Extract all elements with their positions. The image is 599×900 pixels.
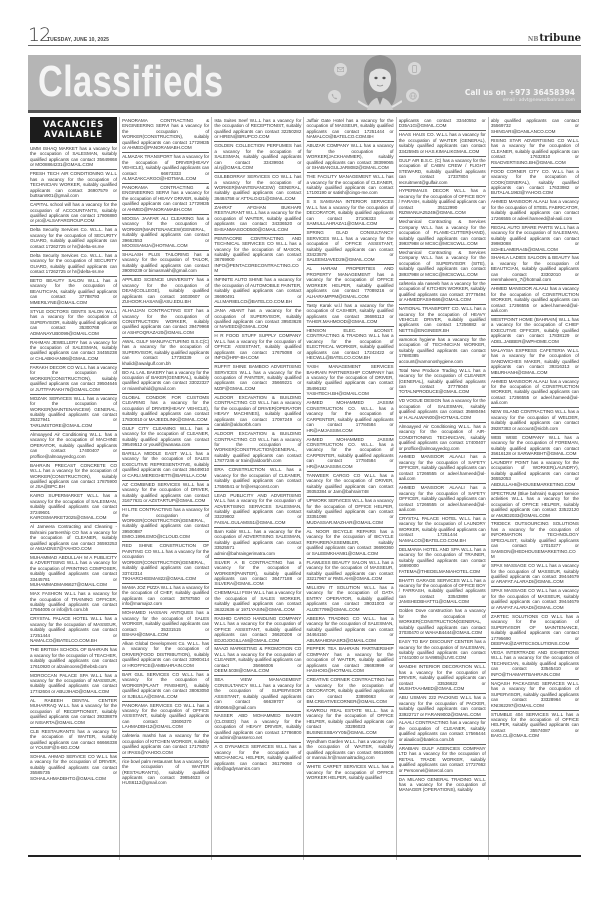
classified-ad: ZAHRAT AFGHAN BUKHARI RESTAURANT W.L.L h… [214, 204, 301, 235]
classified-ad: vamonos hygiene has a vacancy for the oc… [399, 336, 486, 367]
publication-logo: NBtribune [528, 33, 581, 44]
classified-ad: AZ COMBINED SERVICES W.L.L has a vacancy… [122, 481, 209, 506]
classified-ad: FARAKH DECOR CO W.L.L has a vacancy for … [30, 364, 117, 395]
classified-ad: ALDOOR EXCAVATION & BUILDING CONTRACTING… [214, 430, 301, 466]
classified-ad: HYPERMAUS DECOR W.L.L has a vacancy for … [399, 187, 486, 218]
classified-ad: NAQASH PACKAGING SERVICES W.L.L has a va… [491, 680, 579, 711]
classified-ad: SPECTRUM (Blue bahrain) support service … [491, 490, 579, 521]
brand-name: tribune [539, 33, 581, 44]
classified-ad: rice bowl palm restaurant has a vacancy … [122, 758, 209, 788]
classified-ad: cafeteria ala naseeb has a vacancy for t… [399, 280, 486, 305]
classified-ad: Al Jameera Contracting and Cleaning - Ba… [30, 523, 117, 554]
classified-ad: PANORAMA CONTRACTING & ENGINEERING SERVI… [122, 184, 209, 215]
mascot-illustration [358, 55, 402, 113]
classified-ad: ZARTEC SOLUTIONS CO W.L.L has a vacancy … [491, 613, 579, 649]
classified-ad: ABEERA TRADING CO W.L.L. has a vacancy f… [307, 615, 394, 646]
classified-ad: MAX FASHION W.L.L has a vacancy for the … [30, 590, 117, 615]
ad-list: ably qualified applicants can contact 35… [491, 117, 579, 740]
classified-ad: CLB RESTAURANTS has a vacancy for the oc… [30, 728, 117, 753]
classified-ad: ALDOOR EXCAVATION & BUILDING CONTRACTING… [214, 394, 301, 430]
classified-ad: MAMA JOZ PIZZA W.L.L has a vacancy for t… [122, 584, 209, 609]
column-1: VACANCIES AVAILABLE UMM ISHAQ MARKET has… [28, 117, 120, 860]
classified-ad: PENTACORE CONTRACTING AND TECHNICAL SERV… [214, 235, 301, 277]
classified-ad: CHEMMALLI FISH W.L.L has a vacancy for t… [214, 589, 301, 614]
classified-ad: Mechanical Contracting & Services Compan… [399, 218, 486, 249]
classified-ad: MOHAMED HASSAN ANTIQUES has a vacancy fo… [122, 609, 209, 640]
classified-ad: ALHAJJAN CONTRACTING EST has a vacancy f… [122, 307, 209, 338]
classified-ad: FRESH TECH AIR CONDITIONING W.L.L has a … [30, 170, 117, 201]
classified-ad: KAIRO SUPERMARKET W.L.L has a vacancy fo… [30, 492, 117, 523]
classified-ad: Delta Security Services Co. W.L.L. has a… [30, 252, 117, 277]
classified-ad: DELMANIA HOTEL AND SPA W.L.L has a vacan… [399, 546, 486, 577]
classified-ad: VD VOGUE DESIGN has a vacancy for the oc… [399, 397, 486, 422]
classified-ad: A G DYNAMICS SERVICES W.L.L has a vacanc… [214, 743, 301, 773]
classified-ad: SPAX MASSAGE CO W.L.L has a vacancy for … [491, 587, 579, 612]
classified-ad: APPLIED SCIENCE UNIVERSITY has a vacancy… [122, 276, 209, 307]
classified-ad: RASHID CARGO HANDLING COMPANY W.L.L has … [214, 615, 301, 646]
classified-ad: NEW ISLAND CONTRACTING W.L.L has a vacan… [491, 408, 579, 433]
classified-ad: CRYSTAL PALACE HOTEL W.L.L has a vacancy… [399, 515, 486, 546]
classified-ad: THE FACILITY MANAGEMENT W.L.L has a vaca… [307, 173, 394, 198]
classified-ad: Tasty Karak w.l.l has a vacancy for the … [307, 302, 394, 327]
classified-ad: ALMAZAK TRANSPORT has a vacancy for the … [122, 153, 209, 184]
classified-ad: RISING STAR ADVERTISING CO W.L.L has a v… [491, 137, 579, 168]
classified-ad: AHMED MANSOOR ALAALI has a vacancy for t… [491, 378, 579, 409]
classified-ad: YASH MANAGEMENT SERVICES BAHRAIN PARTNER… [307, 363, 394, 399]
mobile-icon [408, 62, 421, 75]
classified-ad: Golden Dove construction has a vacancy f… [399, 607, 486, 638]
classified-ad: MALAYSIA EXPRESS CAFETERIA W.L.L has a v… [491, 347, 579, 378]
ad-list: Juffair Gate Hotel has a vacancy for the… [307, 117, 394, 782]
classified-ad: BHATTI GARAGE SERVICES W.L.L has a vacan… [399, 577, 486, 608]
ad-list: UMM ISHAQ MARKET has a vacancy for the o… [30, 145, 117, 783]
classified-ad: MANDHI INTERIOR DECORATION W.L.L has a v… [399, 663, 486, 694]
column-2: PANORAMA CONTRACTING & ENGINEERING SERVI… [120, 117, 212, 860]
classified-ad: AHMED MOHAMMED JASSIM CONSTRUCTION CO. W… [307, 399, 394, 435]
classified-ad: GULF AIR B.S.C. (C) has a vacancy for th… [399, 157, 486, 188]
classified-ad: UPWORK SERVICES W.L.L has a vacancy for … [307, 497, 394, 528]
page-date: TUESDAY, JUNE 10, 2025 [47, 37, 109, 43]
classified-ad: HAAS HAUS CO. W.L.L has a vacancy for th… [399, 131, 486, 156]
classified-ad: PANORAMA CONTRACTING & ENGINEERING SERVI… [122, 117, 209, 153]
classified-ad: UMM ISHAQ MARKET has a vacancy for the o… [30, 145, 117, 170]
classified-ad: ERA CONSTRUCTION W.L.L has a vacancy for… [214, 466, 301, 491]
classified-ad: CAPITAL school will has a vacancy for th… [30, 201, 117, 226]
classified-ad: BAHRAIN PRECAST CONCRETE CO W.L.L has a … [30, 462, 117, 493]
classified-ad: EASY TO BAY DISCOUNT CENTER has a vacanc… [399, 638, 486, 663]
classified-ad: STUMBLE 404 SERVICES W.L.L has a vacancy… [491, 711, 579, 741]
classified-ad: NATIONAL TRANSPORT CO. W.L.L has a vacan… [399, 305, 486, 336]
classified-ad: MOOSA JAAFAR ALI CLEARING has a vacancy … [122, 215, 209, 251]
column-4: Juffair Gate Hotel has a vacancy for the… [305, 117, 397, 860]
classified-ad: BARILLA MIDDLE EAST W.L.L has a vacancy … [122, 450, 209, 481]
classified-ad: SHALASH PLUS TAILORING has a vacancy for… [122, 251, 209, 276]
classified-ad: JANA ABANT has a vacancy for the occupat… [214, 307, 301, 332]
classified-ad: TRIDECK OUTSOURCING SOLUTIONS has a vaca… [491, 520, 579, 562]
classified-ad: AL RABEEH DENTAL CENTER MUHARRAQ W.L.L h… [30, 697, 117, 728]
globe-icon [406, 89, 419, 102]
classified-ad: KAWROLI REAL ESTATE W.L.L. has a vacancy… [307, 707, 394, 738]
classified-ad: AHMED MANSOOR ALAALI has a vacancy for t… [491, 198, 579, 223]
classified-ad: Mechanical Contracting & Services Compan… [399, 249, 486, 280]
classified-ad: LAUNDRY POINT has a vacancy for the occu… [491, 459, 579, 490]
classified-ad: HI LITE CONTRACTING has a vacancy for th… [122, 506, 209, 542]
classified-ad: BETO BEAUTY SALON W.L.L has a vacancy fo… [30, 277, 117, 308]
classified-ad: GLOBAL CONDOR FOR CUSTOMS CLEARING has a… [122, 394, 209, 425]
classified-ad: MAAZI MARKETING & PROMOTION CO W.L.L has… [214, 645, 301, 676]
classified-ad: cafeteria mashti has a vacancy for the o… [122, 732, 209, 757]
classified-ad: Total New Produce Trading W.L.L has a va… [399, 367, 486, 398]
classified-ad: Juffair Gate Hotel has a vacancy for the… [307, 117, 394, 142]
classified-ad: SHAHLA LADIES SALOON & BEAUTY has a vaca… [491, 254, 579, 285]
classified-ad: ably qualified applicants can contact 35… [491, 117, 579, 137]
classified-ad: SEA VIEW MANAGEMENT CONSULTANCY W.L.L ha… [214, 676, 301, 712]
classified-ad: Delta Security Services Co. W.L.L. has a… [30, 226, 117, 251]
ad-list: Ista Suites Seef W.L.L has a vacancy for… [214, 117, 301, 773]
classified-ad: WEB WISE COMPANY W.L.L has a vacancy for… [491, 434, 579, 459]
classified-ad: ABU USMAN 222 PACKING W.L.L has a vacanc… [399, 694, 486, 719]
contact-email: email : advt@newsofbahrain.com [465, 98, 575, 103]
brand-mark: NB [528, 36, 539, 43]
contact-phone: Call us on +973 36458394 [465, 88, 575, 97]
classified-ad: Bam Kabir W.L.L. has a vacancy for the o… [214, 528, 301, 559]
section-heading: VACANCIES AVAILABLE [30, 117, 117, 143]
classified-ad: Wyndham Garden W.L.L. has a vacancy for … [307, 738, 394, 763]
classified-ad: WESTPOINT HOME (BAHRAIN) W.L.L has a vac… [491, 316, 579, 347]
column-5: applicants can contact 33440552 or D35A1… [397, 117, 489, 860]
classified-ad: INFINITE AUTO SHINE has a vacancy for th… [214, 276, 301, 307]
classified-ad: SPAX MASSAGE CO W.L.L has a vacancy for … [491, 562, 579, 587]
ad-list: PANORAMA CONTRACTING & ENGINEERING SERVI… [122, 117, 209, 787]
classified-ad: STYLE DOCTORS GENTS SALON W.L.L has a va… [30, 308, 117, 339]
column-3: Ista Suites Seef W.L.L has a vacancy for… [212, 117, 304, 860]
page-header: 12 TUESDAY, JUNE 10, 2025 NBtribune [28, 28, 581, 46]
banner-title: Classifieds [38, 55, 224, 109]
classified-ad: ABUZAR COMPANY W.L.L has a vacancy for t… [307, 142, 394, 173]
classified-ad: FLAWLESS BEAUTY SALON W.L.L has a vacanc… [307, 559, 394, 584]
classified-ad: AHMED MOHAMMED JASSIM CONSTRUCTION CO. W… [307, 436, 394, 472]
classified-ad: H R FOOD STUFF SUPPLY COMPANY W.L.L has … [214, 332, 301, 363]
classified-ad: CREATIVE CORNER CONTRACTING has a vacanc… [307, 676, 394, 707]
section-heading-line1: VACANCIES [30, 120, 117, 130]
classified-ad: AL NOOR BICYCLE REPAIRS has a vacancy fo… [307, 528, 394, 559]
phone-icon [328, 90, 341, 103]
classified-ad: AL HARAM PROPERTIES AND PROPERTY MANAGEM… [307, 265, 394, 301]
envelope-icon [334, 63, 347, 76]
classified-ad: SILVER A B CONTRACTING has a vacancy for… [214, 559, 301, 590]
classified-ad: FOOD CORNER CITY CO. W.L.L has a vacancy… [491, 168, 579, 199]
classified-ad: REGAL AUTO SPARE PARTS W.L.L has a vacan… [491, 224, 579, 255]
classified-ad: DA MILANO GENERAL TRADING W.L.L has a va… [399, 776, 486, 795]
classified-ad: LEAD PUBLICITY AND ADVERTISING W.L.L has… [214, 492, 301, 528]
classified-ad: NASSER ABD MOHAMMED BAKER (CLOSED) has a… [214, 712, 301, 743]
classified-ad: RUFFIT SHINE BAMBOO ADVERTISING SERVICES… [214, 363, 301, 394]
classified-ad: Almoayyed Air Conditioning W.L.L. has a … [399, 423, 486, 454]
classified-ad: AHMED MANSOOR ALAALI has a vacancy for t… [399, 453, 486, 484]
classified-ad: AWAL GULF MANUFACTURING B.S.C(C) has a v… [122, 338, 209, 369]
classified-ad: SOHAIL AHMAD SERVICE CO W.L.L has a vaca… [30, 753, 117, 783]
classified-ad: MUHAMMAD ABDULLAH M A PUBLICITY & ADVERT… [30, 554, 117, 590]
classified-ad: THE BRITISH SCHOOL OF BAHRAIN has a vaca… [30, 646, 117, 671]
contact-info: Call us on +973 36458394 email : advt@ne… [465, 88, 575, 103]
classified-ad: RAHMAN JEWELLERY has a vacancy for the o… [30, 339, 117, 364]
classified-ad: Ista Suites Seef W.L.L has a vacancy for… [214, 117, 301, 142]
ad-list: applicants can contact 33440552 or D35A1… [399, 117, 486, 794]
classified-ad: Almoayyed Air Conditioning W.L.L. has a … [30, 431, 117, 462]
section-heading-line2: AVAILABLE [30, 130, 117, 140]
classified-ad: AHMED MANSOOR ALAALI has a vacancy for t… [491, 285, 579, 316]
classified-ad: BO AL LAIL BAKERY has a vacancy for the … [122, 369, 209, 394]
classified-ad: TANWEER CARGO CO W.L.L has a vacancy for… [307, 472, 394, 497]
classified-ad: GOLDEN COLLECTION PERFUMES has a vacancy… [214, 142, 301, 173]
classified-ad: MOROCCAN PALACE SPA W.L.L has a vacancy … [30, 672, 117, 697]
classified-ad: ARABIAN GULF AGENCIES COMPANY LTD has a … [399, 745, 486, 776]
classified-ad: WHITE CARPET SERVICES W.L.L has a vacanc… [307, 763, 394, 782]
classified-ad: GULBBORRAY SERVICES CO W.L.L has a vacan… [214, 173, 301, 204]
classified-ad: VEGA INTERTRADE AND EXHIBITIONS W.L.L ha… [491, 649, 579, 680]
classified-ad: applicants can contact 33440552 or D35A1… [399, 117, 486, 131]
classified-columns: VACANCIES AVAILABLE UMM ISHAQ MARKET has… [28, 117, 581, 860]
classified-ad: RED SHINE CONSTRUCTION OF PAINTING CO W.… [122, 542, 209, 584]
classified-ad: SPRING GLAD CONSULTANCY SERVICES W.L.L h… [307, 229, 394, 265]
classified-ad: PEPPER TEA BAHRAIN PARTNERSHIP COMPANY h… [307, 645, 394, 676]
classified-ad: Alkan Global Development Co. W.L.L. has … [122, 640, 209, 671]
classified-ad: HENSON ELEC. &CONST. CONTRACTING & TRADI… [307, 327, 394, 363]
classified-ad: ALAALI CONTRACTING has a vacancy for the… [399, 719, 486, 744]
classified-ad: PANORAMA SERVICES CO W.L.L has a vacancy… [122, 702, 209, 733]
column-6: ably qualified applicants can contact 35… [489, 117, 581, 860]
classifieds-banner: Classifieds Call us on +973 36458394 ema… [28, 55, 581, 113]
page-bottom-rule [28, 855, 581, 857]
classified-ad: CRYSTAL PALACE HOTEL W.L.L has a vacancy… [30, 615, 117, 646]
classified-ad: S S SAMSANA INTERIOR SERVICES W.L.L has … [307, 198, 394, 229]
classified-ad: BAR GUL SERVICES CO W.L.L has a vacancy … [122, 671, 209, 702]
classified-ad: GULF CITY CLEANING W.L.L has a vacancy f… [122, 425, 209, 450]
classified-ad: AHMED MANSOOR ALAALI has a vacancy for t… [399, 484, 486, 515]
classified-ad: MOZAIK SERVICES W.L.L has a vacancy for … [30, 395, 117, 431]
classified-ad: MILLION IT SOLUTION W.L.L has a vacancy … [307, 584, 394, 615]
